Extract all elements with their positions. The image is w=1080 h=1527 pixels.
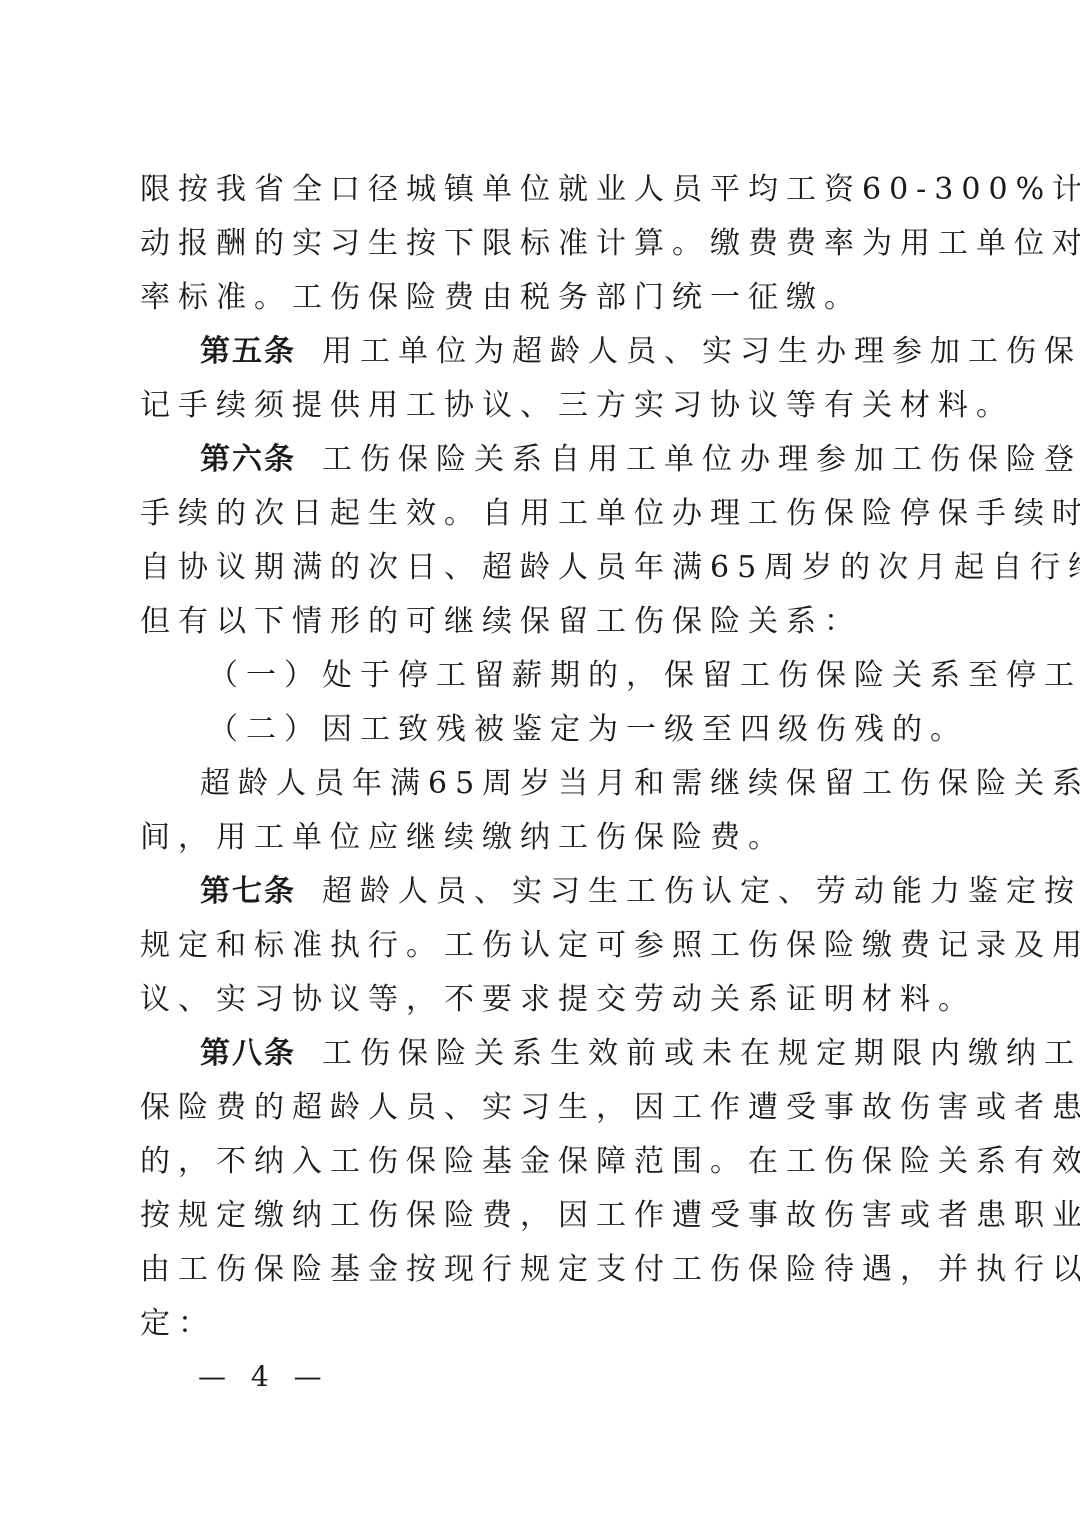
article-7-line-2: 规定和标准执行。工伤认定可参照工伤保险缴费记录及用工协: [140, 919, 940, 973]
paragraph-line: 动报酬的实习生按下限标准计算。缴费费率为用工单位对应的费: [140, 217, 940, 271]
article-7-line-3: 议、实习协议等，不要求提交劳动关系证明材料。: [140, 973, 940, 1027]
document-page: 限按我省全口径城镇单位就业人员平均工资60-300%计算。无劳 动报酬的实习生按…: [140, 163, 940, 1351]
article-8-line-1: 第八条工伤保险关系生效前或未在规定期限内缴纳工伤: [140, 1027, 940, 1081]
article-6-label: 第六条: [200, 442, 296, 477]
article-6-extra-line-2: 间，用工单位应继续缴纳工伤保险费。: [140, 811, 940, 865]
article-6-line-2: 手续的次日起生效。自用工单位办理工伤保险停保手续时中止；: [140, 487, 940, 541]
article-8-line-6: 定：: [140, 1297, 940, 1351]
article-6-extra-line-1: 超龄人员年满65周岁当月和需继续保留工伤保险关系期: [140, 757, 940, 811]
article-5-text: 用工单位为超龄人员、实习生办理参加工伤保险登: [322, 334, 1080, 369]
article-8-label: 第八条: [200, 1036, 296, 1071]
article-8-line-4: 按规定缴纳工伤保险费，因工作遭受事故伤害或者患职业病的，: [140, 1189, 940, 1243]
article-8-line-5: 由工伤保险基金按现行规定支付工伤保险待遇，并执行以下规: [140, 1243, 940, 1297]
article-8-line-2: 保险费的超龄人员、实习生，因工作遭受事故伤害或者患职业病: [140, 1081, 940, 1135]
article-5-line-2: 记手续须提供用工协议、三方实习协议等有关材料。: [140, 379, 940, 433]
paragraph-line: 限按我省全口径城镇单位就业人员平均工资60-300%计算。无劳: [140, 163, 940, 217]
article-6-line-3: 自协议期满的次日、超龄人员年满65周岁的次月起自行终止。: [140, 541, 940, 595]
article-5-label: 第五条: [200, 334, 296, 369]
article-5-line-1: 第五条用工单位为超龄人员、实习生办理参加工伤保险登: [140, 325, 940, 379]
article-6-item-2: （二）因工致残被鉴定为一级至四级伤残的。: [140, 703, 940, 757]
article-7-line-1: 第七条超龄人员、实习生工伤认定、劳动能力鉴定按现行: [140, 865, 940, 919]
article-8-text: 工伤保险关系生效前或未在规定期限内缴纳工伤: [322, 1036, 1080, 1071]
article-6-item-1: （一）处于停工留薪期的，保留工伤保险关系至停工留薪期满；: [140, 649, 940, 703]
page-number: — 4 —: [198, 1357, 330, 1397]
article-7-label: 第七条: [200, 874, 296, 909]
article-8-line-3: 的，不纳入工伤保险基金保障范围。在工伤保险关系有效期内且: [140, 1135, 940, 1189]
article-6-line-1: 第六条工伤保险关系自用工单位办理参加工伤保险登记: [140, 433, 940, 487]
paragraph-line: 率标准。工伤保险费由税务部门统一征缴。: [140, 271, 940, 325]
article-6-text: 工伤保险关系自用工单位办理参加工伤保险登记: [322, 442, 1080, 477]
article-7-text: 超龄人员、实习生工伤认定、劳动能力鉴定按现行: [322, 874, 1080, 909]
article-6-line-4: 但有以下情形的可继续保留工伤保险关系：: [140, 595, 940, 649]
